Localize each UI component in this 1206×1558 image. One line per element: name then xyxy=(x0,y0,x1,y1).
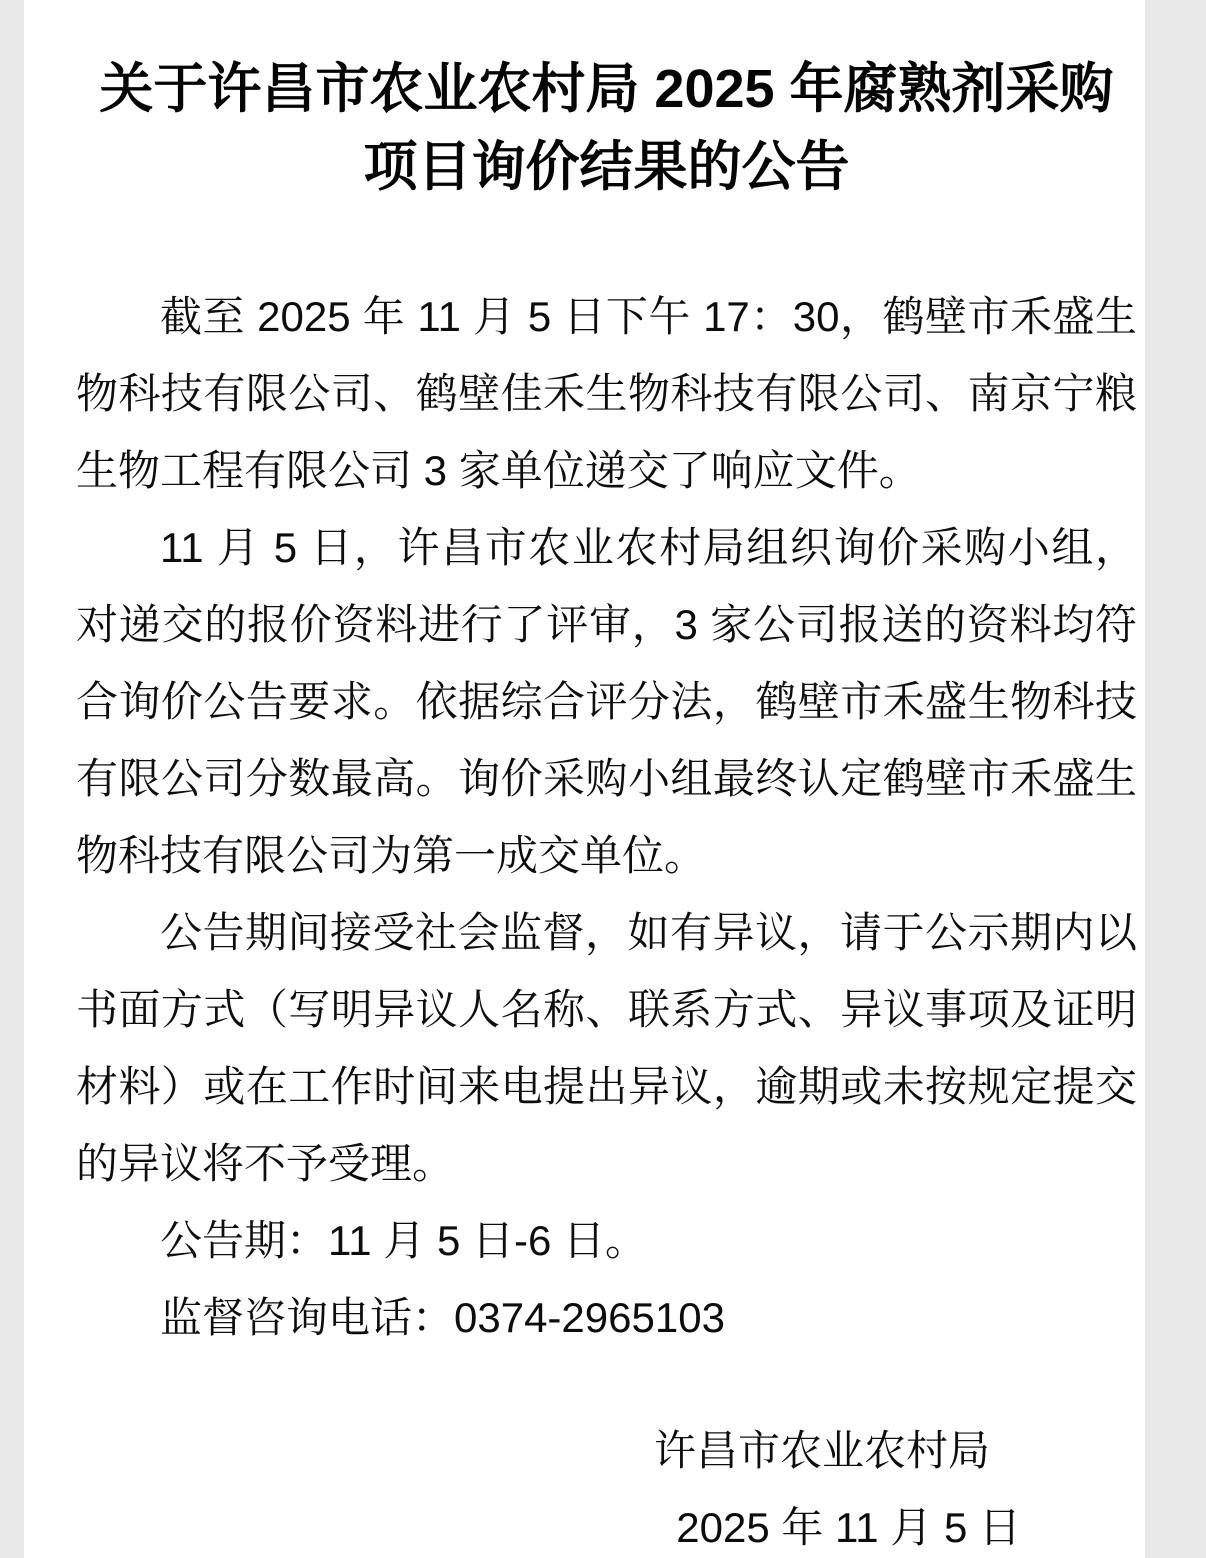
paragraph-objection-procedure: 公告期间接受社会监督，如有异议，请于公示期内以书面方式（写明异议人名称、联系方式… xyxy=(76,894,1137,1202)
announcement-body: 截至 2025 年 11 月 5 日下午 17：30，鹤壁市禾盛生物科技有限公司… xyxy=(76,278,1137,1356)
paragraph-announcement-period: 公告期：11 月 5 日-6 日。 xyxy=(76,1202,1137,1279)
signature-date: 2025 年 11 月 5 日 xyxy=(76,1489,1137,1558)
title-line-2: 项目询价结果的公告 xyxy=(76,128,1137,206)
screenshot-root: 关于许昌市农业农村局 2025 年腐熟剂采购 项目询价结果的公告 截至 2025… xyxy=(0,0,1206,1558)
announcement-document: 关于许昌市农业农村局 2025 年腐熟剂采购 项目询价结果的公告 截至 2025… xyxy=(24,0,1145,1558)
announcement-title: 关于许昌市农业农村局 2025 年腐熟剂采购 项目询价结果的公告 xyxy=(76,50,1137,206)
signature-issuer: 许昌市农业农村局 xyxy=(76,1412,1137,1489)
background-left-margin xyxy=(0,0,24,1558)
background-right-margin xyxy=(1145,0,1206,1558)
paragraph-submission-deadline: 截至 2025 年 11 月 5 日下午 17：30，鹤壁市禾盛生物科技有限公司… xyxy=(76,278,1137,509)
signature-block: 许昌市农业农村局 2025 年 11 月 5 日 xyxy=(76,1412,1137,1558)
title-line-1: 关于许昌市农业农村局 2025 年腐熟剂采购 xyxy=(76,50,1137,128)
paragraph-review-result: 11 月 5 日，许昌市农业农村局组织询价采购小组，对递交的报价资料进行了评审，… xyxy=(76,509,1137,894)
paragraph-supervision-phone: 监督咨询电话：0374-2965103 xyxy=(76,1279,1137,1356)
